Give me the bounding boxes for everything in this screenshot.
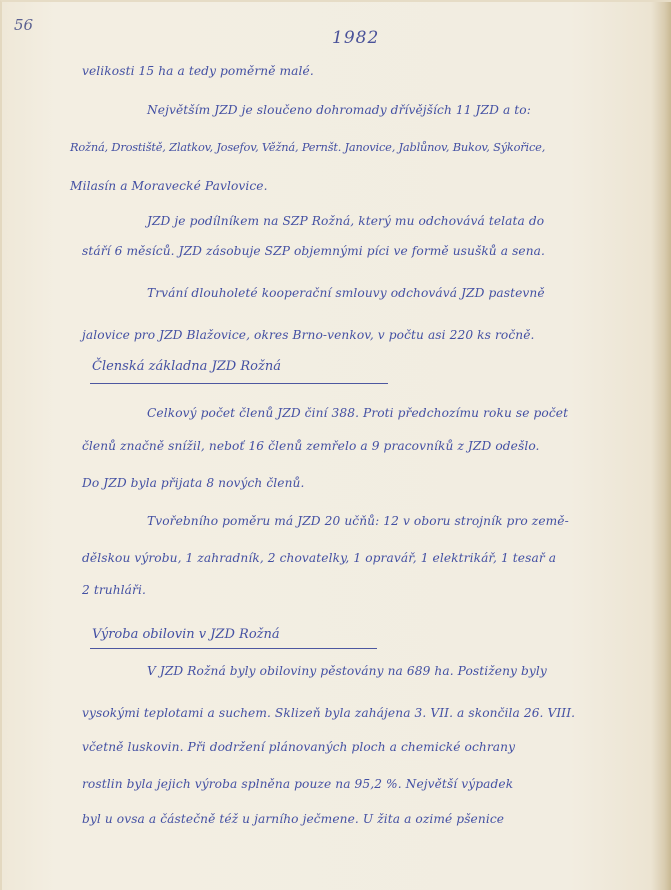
text-line: JZD je podílníkem na SZP Rožná, který mu… bbox=[147, 214, 544, 228]
text-line: V JZD Rožná byly obiloviny pěstovány na … bbox=[147, 664, 547, 678]
section-heading-cereals: Výroba obilovin v JZD Rožná bbox=[92, 627, 280, 642]
text-line: 2 truhláři. bbox=[82, 583, 146, 597]
text-line: Milasín a Moravecké Pavlovice. bbox=[70, 179, 268, 193]
heading-underline bbox=[90, 383, 388, 384]
text-line: včetně luskovin. Při dodržení plánovanýc… bbox=[82, 740, 515, 754]
text-line: byl u ovsa a částečně též u jarního ječm… bbox=[82, 812, 504, 826]
text-line: velikosti 15 ha a tedy poměrně malé. bbox=[82, 64, 314, 78]
text-line: dělskou výrobu, 1 zahradník, 2 chovatelk… bbox=[82, 551, 556, 565]
heading-underline bbox=[90, 648, 377, 649]
page-number: 56 bbox=[14, 16, 33, 34]
chronicle-page: 56 1982 velikosti 15 ha a tedy poměrně m… bbox=[0, 0, 671, 890]
text-line: Trvání dlouholeté kooperační smlouvy odc… bbox=[147, 286, 545, 300]
text-line: stáří 6 měsíců. JZD zásobuje SZP objemný… bbox=[82, 244, 545, 258]
text-line: rostlin byla jejich výroba splněna pouze… bbox=[82, 777, 513, 791]
text-line: Do JZD byla přijata 8 nových členů. bbox=[82, 476, 304, 490]
text-line: Rožná, Drostiště, Zlatkov, Josefov, Věžn… bbox=[70, 140, 545, 154]
text-line: Největším JZD je sloučeno dohromady dřív… bbox=[147, 103, 531, 117]
text-line: jalovice pro JZD Blažovice, okres Brno-v… bbox=[82, 328, 535, 342]
text-line: členů značně snížil, neboť 16 členů zemř… bbox=[82, 439, 540, 453]
text-line: Tvořebního poměru má JZD 20 učňů: 12 v o… bbox=[147, 514, 569, 528]
section-heading-members: Členská základna JZD Rožná bbox=[92, 359, 281, 374]
text-line: vysokými teplotami a suchem. Sklizeň byl… bbox=[82, 706, 575, 720]
year-heading: 1982 bbox=[332, 28, 379, 48]
text-line: Celkový počet členů JZD činí 388. Proti … bbox=[147, 406, 568, 420]
